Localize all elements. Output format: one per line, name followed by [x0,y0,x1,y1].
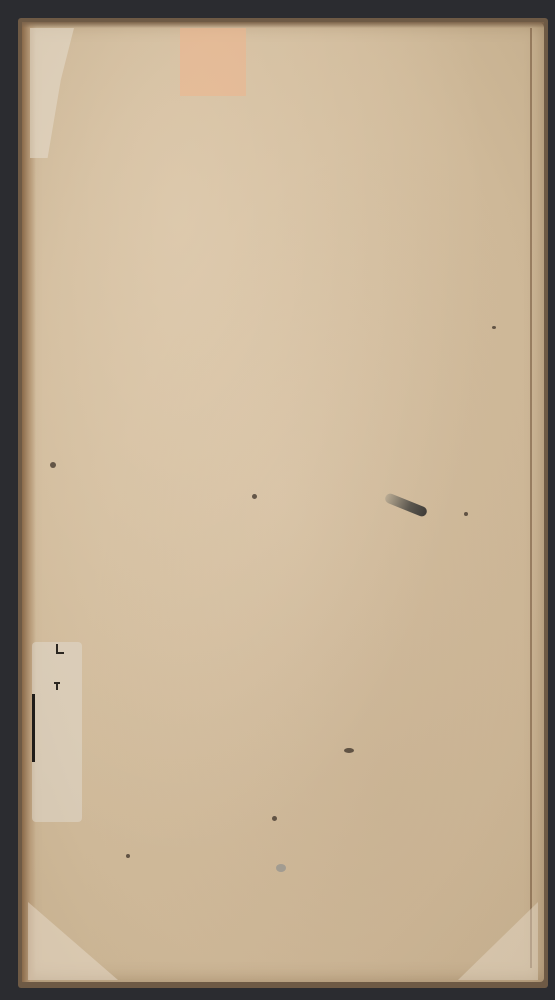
ink-mark-l-foot [56,652,64,654]
speck [492,326,496,329]
speck [464,512,468,516]
speck [252,494,257,499]
speck [344,748,354,753]
blank-page [22,22,544,982]
speck [50,462,56,468]
torn-paper-strip [30,28,74,158]
paper-debris [384,492,429,518]
ink-mark-y-stem [56,682,58,690]
scan-viewport [0,0,555,1000]
library-tab-mark [180,28,246,96]
ink-mark-bar [32,694,35,762]
speck [272,816,277,821]
margin-repair-patch [32,642,82,822]
page-gutter-edge [22,22,36,982]
page-top-edge [22,22,544,28]
worn-corner-right [458,902,538,980]
page-fold-line [530,28,532,968]
speck [276,864,286,872]
ink-mark-l [56,644,58,652]
worn-corner-left [28,902,118,980]
speck [126,854,130,858]
